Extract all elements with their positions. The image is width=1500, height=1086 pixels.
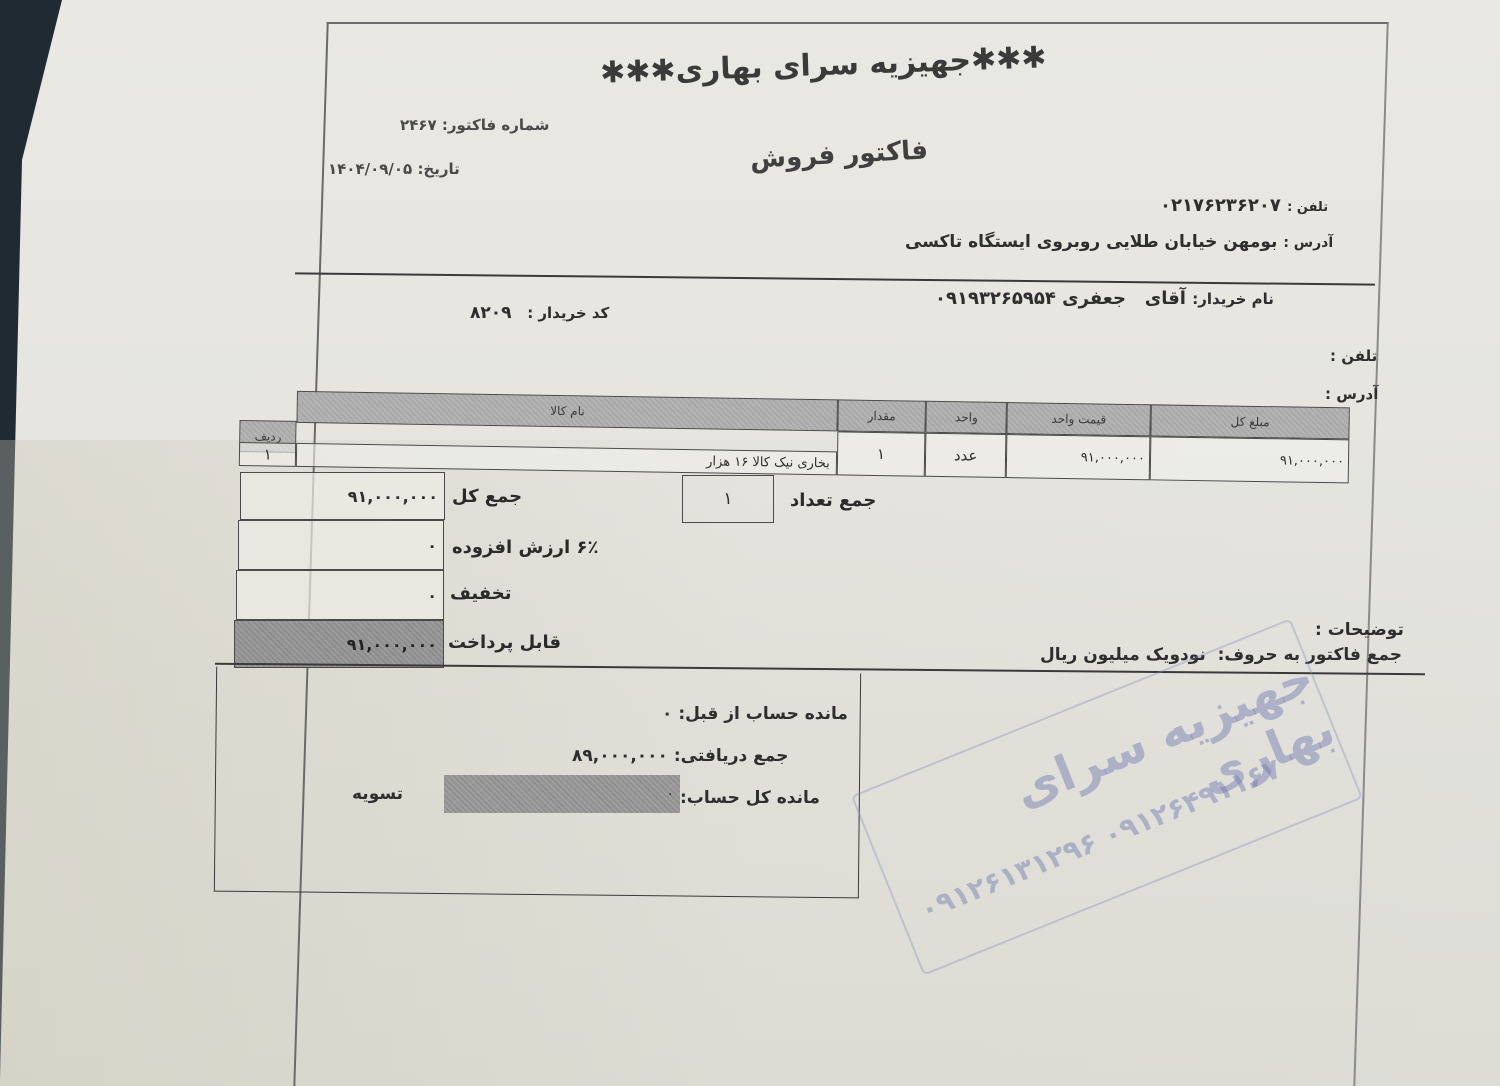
total-quantity-label: جمع تعداد	[790, 490, 876, 511]
header-total: مبلغ کل	[1150, 404, 1350, 439]
previous-balance-label: مانده حساب از قبل:	[678, 704, 848, 724]
buyer-name-value: جعفری	[1062, 288, 1126, 309]
discount-value: ۰	[236, 570, 444, 620]
buyer-phone-label: تلفن :	[1330, 347, 1377, 365]
header-quantity: مقدار	[837, 399, 926, 432]
previous-balance: مانده حساب از قبل: ۰	[662, 704, 848, 724]
total-received-label: جمع دریافتی:	[674, 746, 789, 766]
discount-label: تخفیف	[450, 583, 511, 604]
seller-phone-value: ۰۲۱۷۶۲۳۶۲۰۷	[1160, 195, 1281, 216]
seller-address-value: بومهن خیابان طلایی روبروی ایستگاه تاکسی	[905, 232, 1277, 252]
invoice-date-value: ۱۴۰۴/۰۹/۰۵	[328, 160, 412, 178]
buyer-title: آقای	[1145, 288, 1186, 309]
buyer-mobile: ۰۹۱۹۳۲۶۵۹۵۴	[935, 288, 1056, 309]
total-quantity-value: ۱	[682, 475, 774, 523]
buyer-code-label: کد خریدار :	[527, 304, 609, 322]
buyer-address-label: آدرس :	[1325, 385, 1378, 403]
invoice-number-label: شماره فاکتور:	[442, 116, 550, 134]
seller-phone-label: تلفن :	[1287, 200, 1328, 215]
invoice-date: تاریخ: ۱۴۰۴/۰۹/۰۵	[328, 160, 460, 178]
grand-total-label: جمع کل	[452, 486, 522, 507]
buyer-name-label: نام خریدار:	[1192, 290, 1274, 308]
previous-balance-value: ۰	[662, 704, 672, 724]
buyer-code: کد خریدار : ۸۲۰۹	[470, 303, 609, 323]
total-balance-value: ۰	[444, 775, 680, 813]
notes-label: توضیحات :	[1315, 620, 1404, 640]
total-balance-label: مانده کل حساب:	[680, 788, 820, 808]
buyer-code-value: ۸۲۰۹	[470, 303, 512, 323]
cell-unit-price: ۹۱,۰۰۰,۰۰۰	[1006, 434, 1150, 480]
seller-phone: تلفن : ۰۲۱۷۶۲۳۶۲۰۷	[1160, 195, 1328, 216]
seller-address: آدرس : بومهن خیابان طلایی روبروی ایستگاه…	[905, 232, 1333, 252]
cell-total: ۹۱,۰۰۰,۰۰۰	[1150, 436, 1350, 483]
total-received-value: ۸۹,۰۰۰,۰۰۰	[572, 746, 668, 766]
cell-row-number: ۱	[239, 442, 297, 467]
cell-quantity: ۱	[837, 431, 926, 476]
cell-unit: عدد	[925, 433, 1007, 478]
payable-value: ۹۱,۰۰۰,۰۰۰	[234, 620, 444, 668]
seller-address-label: آدرس :	[1283, 235, 1333, 251]
header-unit-price: قیمت واحد	[1007, 402, 1151, 436]
payable-label: قابل پرداخت	[448, 632, 561, 653]
total-received: جمع دریافتی: ۸۹,۰۰۰,۰۰۰	[572, 746, 788, 766]
invoice-number-value: ۲۴۶۷	[400, 116, 437, 134]
invoice-number: شماره فاکتور: ۲۴۶۷	[400, 116, 549, 134]
buyer-name: نام خریدار: آقای جعفری ۰۹۱۹۳۲۶۵۹۵۴	[935, 288, 1274, 309]
header-unit: واحد	[925, 401, 1007, 434]
settled-status: تسویه	[352, 784, 403, 804]
grand-total-value: ۹۱,۰۰۰,۰۰۰	[240, 472, 445, 520]
vat-label: ۶٪ ارزش افزوده	[452, 537, 598, 558]
vat-value: ۰	[238, 520, 444, 570]
invoice-date-label: تاریخ:	[417, 160, 459, 178]
